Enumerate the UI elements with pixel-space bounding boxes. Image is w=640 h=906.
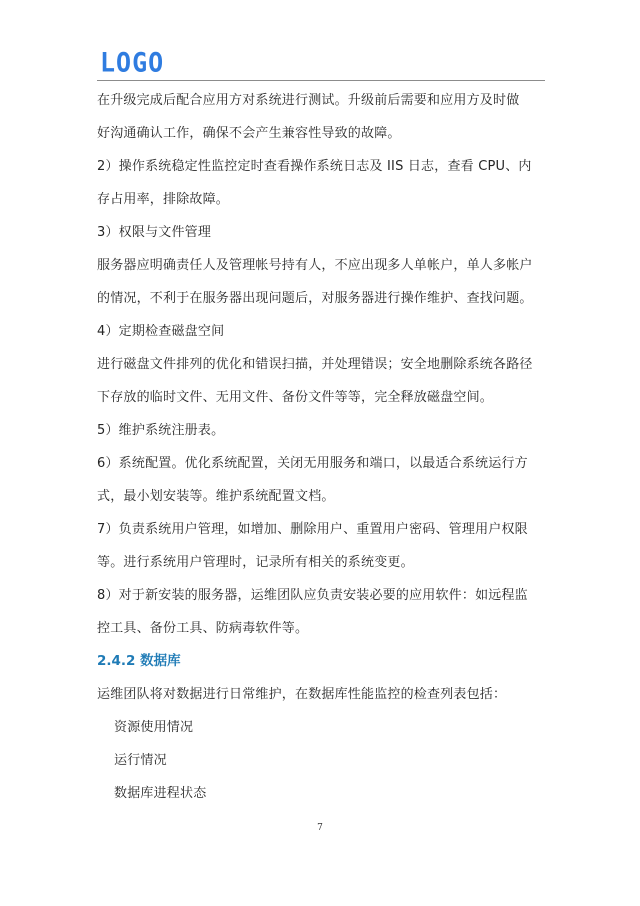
body-line: 服务器应明确责任人及管理帐号持有人，不应出现多人单帐户，单人多帐户 (97, 249, 547, 282)
body-line: 好沟通确认工作，确保不会产生兼容性导致的故障。 (97, 117, 547, 150)
checklist-item: 资源使用情况 (97, 711, 547, 744)
body-line: 等。进行系统用户管理时，记录所有相关的系统变更。 (97, 546, 547, 579)
list-item-4: 4）定期检查磁盘空间 (97, 315, 547, 348)
body-line: 存占用率，排除故障。 (97, 183, 547, 216)
list-item-2: 2）操作系统稳定性监控定时查看操作系统日志及 IIS 日志，查看 CPU、内 (97, 150, 547, 183)
body-line: 下存放的临时文件、无用文件、备份文件等等，完全释放磁盘空间。 (97, 381, 547, 414)
list-item-8: 8）对于新安装的服务器，运维团队应负责安装必要的应用软件：如远程监 (97, 579, 547, 612)
page-content: 在升级完成后配合应用方对系统进行测试。升级前后需要和应用方及时做 好沟通确认工作… (97, 84, 547, 810)
checklist-item: 运行情况 (97, 744, 547, 777)
logo: LOGO (100, 49, 164, 76)
list-item-6: 6）系统配置。优化系统配置，关闭无用服务和端口，以最适合系统运行方 (97, 447, 547, 480)
body-line: 的情况，不利于在服务器出现问题后，对服务器进行操作维护、查找问题。 (97, 282, 547, 315)
body-line: 在升级完成后配合应用方对系统进行测试。升级前后需要和应用方及时做 (97, 84, 547, 117)
body-line: 式，最小划安装等。维护系统配置文档。 (97, 480, 547, 513)
page-number: 7 (0, 823, 640, 833)
section-intro: 运维团队将对数据进行日常维护，在数据库性能监控的检查列表包括： (97, 678, 547, 711)
body-line: 进行磁盘文件排列的优化和错误扫描，并处理错误；安全地删除系统各路径 (97, 348, 547, 381)
document-page: LOGO 在升级完成后配合应用方对系统进行测试。升级前后需要和应用方及时做 好沟… (0, 0, 640, 906)
list-item-7: 7）负责系统用户管理，如增加、删除用户、重置用户密码、管理用户权限 (97, 513, 547, 546)
list-item-3: 3）权限与文件管理 (97, 216, 547, 249)
page-header: LOGO (97, 50, 545, 81)
section-heading: 2.4.2 数据库 (97, 645, 547, 678)
body-line: 控工具、备份工具、防病毒软件等。 (97, 612, 547, 645)
checklist-item: 数据库进程状态 (97, 777, 547, 810)
list-item-5: 5）维护系统注册表。 (97, 414, 547, 447)
